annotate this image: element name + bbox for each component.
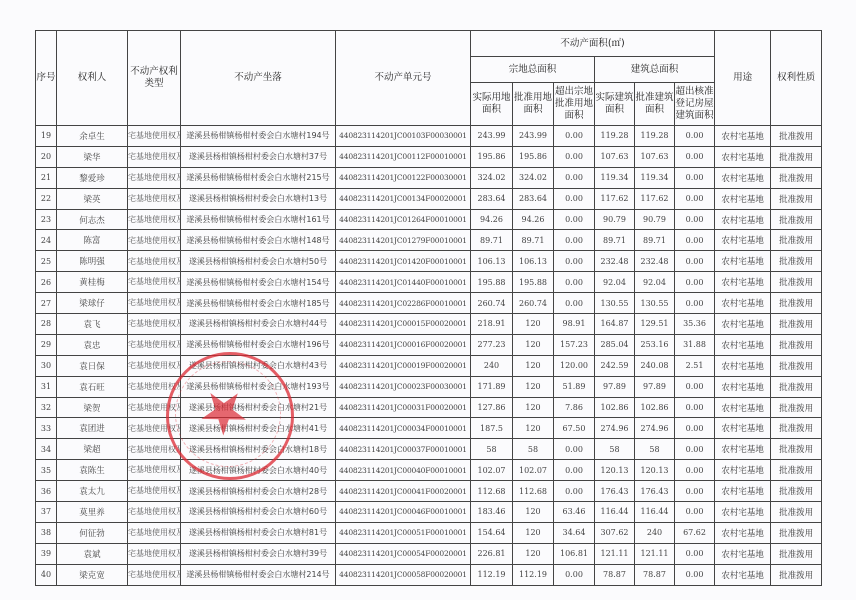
usage-cell: 农村宅基地 [715,167,771,188]
excess-land-cell: 0.00 [554,146,595,167]
actual-land-cell: 195.86 [471,146,513,167]
approved-land-cell: 106.13 [513,251,554,272]
right-type-cell: 宅基地使用权及房屋所有权 [128,439,181,460]
right-nature-cell: 批准拨用 [771,439,822,460]
usage-cell: 农村宅基地 [715,146,771,167]
seq-cell: 29 [36,334,57,355]
table-row: 36袁太九宅基地使用权及房屋所有权遂溪县杨柑镇杨柑村委会白水塘村28号44082… [36,481,822,502]
unit-no-cell: 440823114201JC00112F00010001 [336,146,471,167]
approved-land-cell: 120 [513,397,554,418]
table-row: 33袁团进宅基地使用权及房屋所有权遂溪县杨柑镇杨柑村委会白水塘村41号44082… [36,418,822,439]
unit-no-cell: 440823114201JC01440F00010001 [336,272,471,293]
actual-building-cell: 119.28 [595,126,635,147]
excess-building-cell: 0.00 [675,293,715,314]
table-row: 37莫里养宅基地使用权及房屋所有权遂溪县杨柑镇杨柑村委会白水塘村60号44082… [36,502,822,523]
excess-building-cell: 0.00 [675,146,715,167]
right-type-cell: 宅基地使用权及房屋所有权 [128,418,181,439]
approved-building-cell: 89.71 [635,230,675,251]
actual-building-cell: 116.44 [595,502,635,523]
actual-land-cell: 187.5 [471,418,513,439]
usage-cell: 农村宅基地 [715,543,771,564]
right-nature-cell: 批准拨用 [771,251,822,272]
owner-cell: 陈富 [57,230,128,251]
usage-cell: 农村宅基地 [715,439,771,460]
excess-building-cell: 0.00 [675,502,715,523]
actual-land-cell: 89.71 [471,230,513,251]
approved-land-cell: 102.07 [513,460,554,481]
approved-land-cell: 324.02 [513,167,554,188]
unit-no-cell: 440823114201JC00051F00010001 [336,522,471,543]
excess-land-cell: 7.86 [554,397,595,418]
right-nature-cell: 批准拨用 [771,334,822,355]
right-nature-cell: 批准拨用 [771,460,822,481]
table-row: 19余卓生宅基地使用权及房屋所有权遂溪县杨柑镇杨柑村委会白水塘村194号4408… [36,126,822,147]
header-usage: 用途 [715,31,771,126]
unit-no-cell: 440823114201JC00019F00020001 [336,355,471,376]
excess-land-cell: 120.00 [554,355,595,376]
header-approved-land: 批准用地面积 [513,83,554,126]
location-cell: 遂溪县杨柑镇杨柑村委会白水塘村39号 [181,543,336,564]
owner-cell: 梁球仔 [57,293,128,314]
usage-cell: 农村宅基地 [715,376,771,397]
unit-no-cell: 440823114201JC00046F00010001 [336,502,471,523]
right-nature-cell: 批准拨用 [771,418,822,439]
actual-land-cell: 183.46 [471,502,513,523]
right-type-cell: 宅基地使用权及房屋所有权 [128,376,181,397]
seq-cell: 23 [36,209,57,230]
approved-building-cell: 117.62 [635,188,675,209]
right-nature-cell: 批准拨用 [771,376,822,397]
excess-land-cell: 106.81 [554,543,595,564]
unit-no-cell: 440823114201JC01420F00010001 [336,251,471,272]
header-right-nature: 权利性质 [771,31,822,126]
location-cell: 遂溪县杨柑镇杨柑村委会白水塘村21号 [181,397,336,418]
location-cell: 遂溪县杨柑镇杨柑村委会白水塘村60号 [181,502,336,523]
actual-land-cell: 277.23 [471,334,513,355]
actual-land-cell: 154.64 [471,522,513,543]
right-type-cell: 宅基地使用权及房屋所有权 [128,251,181,272]
table-row: 35袁陈生宅基地使用权及房屋所有权遂溪县杨柑镇杨柑村委会白水塘村40号44082… [36,460,822,481]
actual-building-cell: 176.43 [595,481,635,502]
location-cell: 遂溪县杨柑镇杨柑村委会白水塘村50号 [181,251,336,272]
actual-building-cell: 97.89 [595,376,635,397]
location-cell: 遂溪县杨柑镇杨柑村委会白水塘村37号 [181,146,336,167]
owner-cell: 梁英 [57,188,128,209]
excess-land-cell: 0.00 [554,126,595,147]
approved-building-cell: 116.44 [635,502,675,523]
location-cell: 遂溪县杨柑镇杨柑村委会白水塘村194号 [181,126,336,147]
usage-cell: 农村宅基地 [715,188,771,209]
actual-land-cell: 127.86 [471,397,513,418]
approved-building-cell: 176.43 [635,481,675,502]
unit-no-cell: 440823114201JC02286F00010001 [336,293,471,314]
excess-building-cell: 0.00 [675,126,715,147]
excess-building-cell: 0.00 [675,481,715,502]
usage-cell: 农村宅基地 [715,460,771,481]
approved-land-cell: 58 [513,439,554,460]
excess-land-cell: 0.00 [554,460,595,481]
seq-cell: 28 [36,314,57,335]
owner-cell: 袁斌 [57,543,128,564]
approved-building-cell: 107.63 [635,146,675,167]
excess-building-cell: 0.00 [675,564,715,585]
location-cell: 遂溪县杨柑镇杨柑村委会白水塘村41号 [181,418,336,439]
actual-building-cell: 120.13 [595,460,635,481]
right-nature-cell: 批准拨用 [771,167,822,188]
owner-cell: 袁陈生 [57,460,128,481]
excess-building-cell: 0.00 [675,460,715,481]
seq-cell: 21 [36,167,57,188]
approved-building-cell: 58 [635,439,675,460]
table-row: 32梁贺宅基地使用权及房屋所有权遂溪县杨柑镇杨柑村委会白水塘村21号440823… [36,397,822,418]
approved-building-cell: 119.28 [635,126,675,147]
approved-building-cell: 130.55 [635,293,675,314]
excess-building-cell: 0.00 [675,272,715,293]
right-nature-cell: 批准拨用 [771,564,822,585]
owner-cell: 黄桂梅 [57,272,128,293]
approved-building-cell: 240 [635,522,675,543]
right-nature-cell: 批准拨用 [771,543,822,564]
seq-cell: 20 [36,146,57,167]
actual-land-cell: 240 [471,355,513,376]
owner-cell: 莫里养 [57,502,128,523]
unit-no-cell: 440823114201JC00016F00020001 [336,334,471,355]
header-area-group: 不动产面积(㎡) [471,31,715,57]
usage-cell: 农村宅基地 [715,272,771,293]
location-cell: 遂溪县杨柑镇杨柑村委会白水塘村154号 [181,272,336,293]
approved-land-cell: 89.71 [513,230,554,251]
seq-cell: 22 [36,188,57,209]
owner-cell: 袁太九 [57,481,128,502]
seq-cell: 30 [36,355,57,376]
seq-cell: 35 [36,460,57,481]
actual-building-cell: 242.59 [595,355,635,376]
seq-cell: 33 [36,418,57,439]
usage-cell: 农村宅基地 [715,251,771,272]
approved-building-cell: 240.08 [635,355,675,376]
usage-cell: 农村宅基地 [715,481,771,502]
excess-land-cell: 0.00 [554,209,595,230]
excess-land-cell: 98.91 [554,314,595,335]
actual-building-cell: 90.79 [595,209,635,230]
right-nature-cell: 批准拨用 [771,126,822,147]
excess-building-cell: 0.00 [675,209,715,230]
actual-land-cell: 283.64 [471,188,513,209]
seq-cell: 36 [36,481,57,502]
seq-cell: 27 [36,293,57,314]
header-right-type: 不动产权利类型 [128,31,181,126]
right-nature-cell: 批准拨用 [771,293,822,314]
table-row: 23何志杰宅基地使用权及房屋所有权遂溪县杨柑镇杨柑村委会白水塘村161号4408… [36,209,822,230]
approved-land-cell: 94.26 [513,209,554,230]
owner-cell: 梁华 [57,146,128,167]
header-excess-land: 超出宗地批准用地面积 [554,83,595,126]
owner-cell: 袁石旺 [57,376,128,397]
excess-land-cell: 0.00 [554,439,595,460]
unit-no-cell: 440823114201JC01279F00010001 [336,230,471,251]
excess-building-cell: 35.36 [675,314,715,335]
table-row: 27梁球仔宅基地使用权及房屋所有权遂溪县杨柑镇杨柑村委会白水塘村185号4408… [36,293,822,314]
actual-building-cell: 119.34 [595,167,635,188]
usage-cell: 农村宅基地 [715,334,771,355]
header-seq: 序号 [36,31,57,126]
right-type-cell: 宅基地使用权及房屋所有权 [128,314,181,335]
location-cell: 遂溪县杨柑镇杨柑村委会白水塘村185号 [181,293,336,314]
unit-no-cell: 440823114201JC00041F00020001 [336,481,471,502]
actual-building-cell: 107.63 [595,146,635,167]
approved-building-cell: 78.87 [635,564,675,585]
owner-cell: 袁团进 [57,418,128,439]
right-type-cell: 宅基地使用权及房屋所有权 [128,293,181,314]
usage-cell: 农村宅基地 [715,355,771,376]
actual-land-cell: 324.02 [471,167,513,188]
right-nature-cell: 批准拨用 [771,188,822,209]
unit-no-cell: 440823114201JC00015F00020001 [336,314,471,335]
table-row: 21黎爱珍宅基地使用权及房屋所有权遂溪县杨柑镇杨柑村委会白水塘村215号4408… [36,167,822,188]
excess-building-cell: 67.62 [675,522,715,543]
table-row: 39袁斌宅基地使用权及房屋所有权遂溪县杨柑镇杨柑村委会白水塘村39号440823… [36,543,822,564]
right-nature-cell: 批准拨用 [771,355,822,376]
location-cell: 遂溪县杨柑镇杨柑村委会白水塘村161号 [181,209,336,230]
excess-land-cell: 0.00 [554,230,595,251]
right-type-cell: 宅基地使用权及房屋所有权 [128,355,181,376]
approved-land-cell: 120 [513,502,554,523]
actual-land-cell: 243.99 [471,126,513,147]
approved-land-cell: 120 [513,418,554,439]
right-type-cell: 宅基地使用权及房屋所有权 [128,543,181,564]
right-type-cell: 宅基地使用权及房屋所有权 [128,272,181,293]
excess-land-cell: 67.50 [554,418,595,439]
excess-land-cell: 0.00 [554,481,595,502]
owner-cell: 袁飞 [57,314,128,335]
approved-building-cell: 92.04 [635,272,675,293]
actual-land-cell: 112.68 [471,481,513,502]
right-type-cell: 宅基地使用权及房屋所有权 [128,188,181,209]
right-type-cell: 宅基地使用权及房屋所有权 [128,146,181,167]
owner-cell: 何志杰 [57,209,128,230]
unit-no-cell: 440823114201JC00122F00030001 [336,167,471,188]
right-type-cell: 宅基地使用权及房屋所有权 [128,126,181,147]
excess-building-cell: 0.00 [675,230,715,251]
right-type-cell: 宅基地使用权及房屋所有权 [128,397,181,418]
owner-cell: 梁克宽 [57,564,128,585]
header-actual-land: 实际用地面积 [471,83,513,126]
seq-cell: 19 [36,126,57,147]
excess-building-cell: 31.88 [675,334,715,355]
actual-land-cell: 102.07 [471,460,513,481]
table-header: 序号 权利人 不动产权利类型 不动产坐落 不动产单元号 不动产面积(㎡) 用途 … [36,31,822,126]
usage-cell: 农村宅基地 [715,230,771,251]
seq-cell: 32 [36,397,57,418]
excess-land-cell: 0.00 [554,564,595,585]
approved-land-cell: 195.88 [513,272,554,293]
table-row: 28袁飞宅基地使用权及房屋所有权遂溪县杨柑镇杨柑村委会白水塘村44号440823… [36,314,822,335]
excess-land-cell: 157.23 [554,334,595,355]
approved-land-cell: 120 [513,334,554,355]
actual-building-cell: 92.04 [595,272,635,293]
excess-land-cell: 0.00 [554,293,595,314]
location-cell: 遂溪县杨柑镇杨柑村委会白水塘村196号 [181,334,336,355]
approved-land-cell: 120 [513,376,554,397]
excess-building-cell: 0.00 [675,439,715,460]
registration-table: 序号 权利人 不动产权利类型 不动产坐落 不动产单元号 不动产面积(㎡) 用途 … [35,30,822,586]
seq-cell: 31 [36,376,57,397]
right-type-cell: 宅基地使用权及房屋所有权 [128,334,181,355]
location-cell: 遂溪县杨柑镇杨柑村委会白水塘村13号 [181,188,336,209]
header-actual-building: 实际建筑面积 [595,83,635,126]
right-nature-cell: 批准拨用 [771,502,822,523]
location-cell: 遂溪县杨柑镇杨柑村委会白水塘村43号 [181,355,336,376]
owner-cell: 陈明强 [57,251,128,272]
unit-no-cell: 440823114201JC00054F00020001 [336,543,471,564]
unit-no-cell: 440823114201JC00023F00030001 [336,376,471,397]
location-cell: 遂溪县杨柑镇杨柑村委会白水塘村28号 [181,481,336,502]
right-type-cell: 宅基地使用权及房屋所有权 [128,564,181,585]
approved-building-cell: 129.51 [635,314,675,335]
right-type-cell: 宅基地使用权及房屋所有权 [128,522,181,543]
location-cell: 遂溪县杨柑镇杨柑村委会白水塘村193号 [181,376,336,397]
approved-building-cell: 97.89 [635,376,675,397]
usage-cell: 农村宅基地 [715,522,771,543]
seq-cell: 40 [36,564,57,585]
usage-cell: 农村宅基地 [715,397,771,418]
right-nature-cell: 批准拨用 [771,209,822,230]
approved-land-cell: 120 [513,314,554,335]
owner-cell: 梁贺 [57,397,128,418]
unit-no-cell: 440823114201JC01264F00010001 [336,209,471,230]
seq-cell: 34 [36,439,57,460]
actual-building-cell: 89.71 [595,230,635,251]
excess-land-cell: 0.00 [554,251,595,272]
actual-building-cell: 130.55 [595,293,635,314]
unit-no-cell: 440823114201JC00103F00030001 [336,126,471,147]
unit-no-cell: 440823114201JC00134F00020001 [336,188,471,209]
approved-land-cell: 195.86 [513,146,554,167]
right-type-cell: 宅基地使用权及房屋所有权 [128,460,181,481]
table-row: 25陈明强宅基地使用权及房屋所有权遂溪县杨柑镇杨柑村委会白水塘村50号44082… [36,251,822,272]
usage-cell: 农村宅基地 [715,314,771,335]
excess-building-cell: 0.00 [675,188,715,209]
right-nature-cell: 批准拨用 [771,146,822,167]
right-nature-cell: 批准拨用 [771,397,822,418]
actual-building-cell: 164.87 [595,314,635,335]
usage-cell: 农村宅基地 [715,564,771,585]
unit-no-cell: 440823114201JC00034F00010001 [336,418,471,439]
approved-building-cell: 253.16 [635,334,675,355]
excess-land-cell: 63.46 [554,502,595,523]
actual-building-cell: 307.62 [595,522,635,543]
actual-building-cell: 58 [595,439,635,460]
seq-cell: 37 [36,502,57,523]
unit-no-cell: 440823114201JC00040F00010001 [336,460,471,481]
approved-building-cell: 119.34 [635,167,675,188]
table-row: 29袁忠宅基地使用权及房屋所有权遂溪县杨柑镇杨柑村委会白水塘村196号44082… [36,334,822,355]
usage-cell: 农村宅基地 [715,126,771,147]
seq-cell: 38 [36,522,57,543]
actual-land-cell: 171.89 [471,376,513,397]
right-nature-cell: 批准拨用 [771,481,822,502]
actual-land-cell: 58 [471,439,513,460]
excess-land-cell: 51.89 [554,376,595,397]
approved-land-cell: 260.74 [513,293,554,314]
actual-building-cell: 285.04 [595,334,635,355]
table-row: 30袁日保宅基地使用权及房屋所有权遂溪县杨柑镇杨柑村委会白水塘村43号44082… [36,355,822,376]
approved-land-cell: 120 [513,522,554,543]
seq-cell: 26 [36,272,57,293]
owner-cell: 袁日保 [57,355,128,376]
excess-land-cell: 0.00 [554,188,595,209]
approved-building-cell: 274.96 [635,418,675,439]
owner-cell: 黎爱珍 [57,167,128,188]
excess-building-cell: 0.00 [675,397,715,418]
excess-building-cell: 0.00 [675,251,715,272]
excess-building-cell: 0.00 [675,167,715,188]
excess-building-cell: 0.00 [675,376,715,397]
excess-building-cell: 0.00 [675,418,715,439]
seq-cell: 25 [36,251,57,272]
excess-land-cell: 0.00 [554,167,595,188]
table-row: 24陈富宅基地使用权及房屋所有权遂溪县杨柑镇杨柑村委会白水塘村148号44082… [36,230,822,251]
header-unit-no: 不动产单元号 [336,31,471,126]
approved-building-cell: 102.86 [635,397,675,418]
usage-cell: 农村宅基地 [715,209,771,230]
actual-building-cell: 78.87 [595,564,635,585]
owner-cell: 袁忠 [57,334,128,355]
approved-land-cell: 112.68 [513,481,554,502]
excess-land-cell: 0.00 [554,272,595,293]
table-row: 34梁超宅基地使用权及房屋所有权遂溪县杨柑镇杨柑村委会白水塘村18号440823… [36,439,822,460]
approved-land-cell: 120 [513,543,554,564]
approved-land-cell: 283.64 [513,188,554,209]
approved-building-cell: 120.13 [635,460,675,481]
table-row: 31袁石旺宅基地使用权及房屋所有权遂溪县杨柑镇杨柑村委会白水塘村193号4408… [36,376,822,397]
header-excess-building: 超出核准登记房屋建筑面积 [675,83,715,126]
table-body: 19余卓生宅基地使用权及房屋所有权遂溪县杨柑镇杨柑村委会白水塘村194号4408… [36,126,822,586]
actual-land-cell: 218.91 [471,314,513,335]
actual-land-cell: 195.88 [471,272,513,293]
owner-cell: 余卓生 [57,126,128,147]
seq-cell: 24 [36,230,57,251]
usage-cell: 农村宅基地 [715,502,771,523]
location-cell: 遂溪县杨柑镇杨柑村委会白水塘村18号 [181,439,336,460]
actual-building-cell: 102.86 [595,397,635,418]
header-building-total: 建筑总面积 [595,57,715,83]
location-cell: 遂溪县杨柑镇杨柑村委会白水塘村44号 [181,314,336,335]
actual-land-cell: 260.74 [471,293,513,314]
location-cell: 遂溪县杨柑镇杨柑村委会白水塘村81号 [181,522,336,543]
actual-land-cell: 226.81 [471,543,513,564]
actual-building-cell: 121.11 [595,543,635,564]
actual-building-cell: 117.62 [595,188,635,209]
approved-building-cell: 121.11 [635,543,675,564]
right-type-cell: 宅基地使用权及房屋所有权 [128,481,181,502]
header-location: 不动产坐落 [181,31,336,126]
usage-cell: 农村宅基地 [715,293,771,314]
header-land-total: 宗地总面积 [471,57,595,83]
right-type-cell: 宅基地使用权及房屋所有权 [128,167,181,188]
right-nature-cell: 批准拨用 [771,230,822,251]
excess-building-cell: 0.00 [675,543,715,564]
actual-building-cell: 274.96 [595,418,635,439]
approved-land-cell: 243.99 [513,126,554,147]
excess-building-cell: 2.51 [675,355,715,376]
right-type-cell: 宅基地使用权及房屋所有权 [128,502,181,523]
unit-no-cell: 440823114201JC00037F00010001 [336,439,471,460]
right-nature-cell: 批准拨用 [771,272,822,293]
location-cell: 遂溪县杨柑镇杨柑村委会白水塘村215号 [181,167,336,188]
table-row: 22梁英宅基地使用权及房屋所有权遂溪县杨柑镇杨柑村委会白水塘村13号440823… [36,188,822,209]
owner-cell: 何征勃 [57,522,128,543]
